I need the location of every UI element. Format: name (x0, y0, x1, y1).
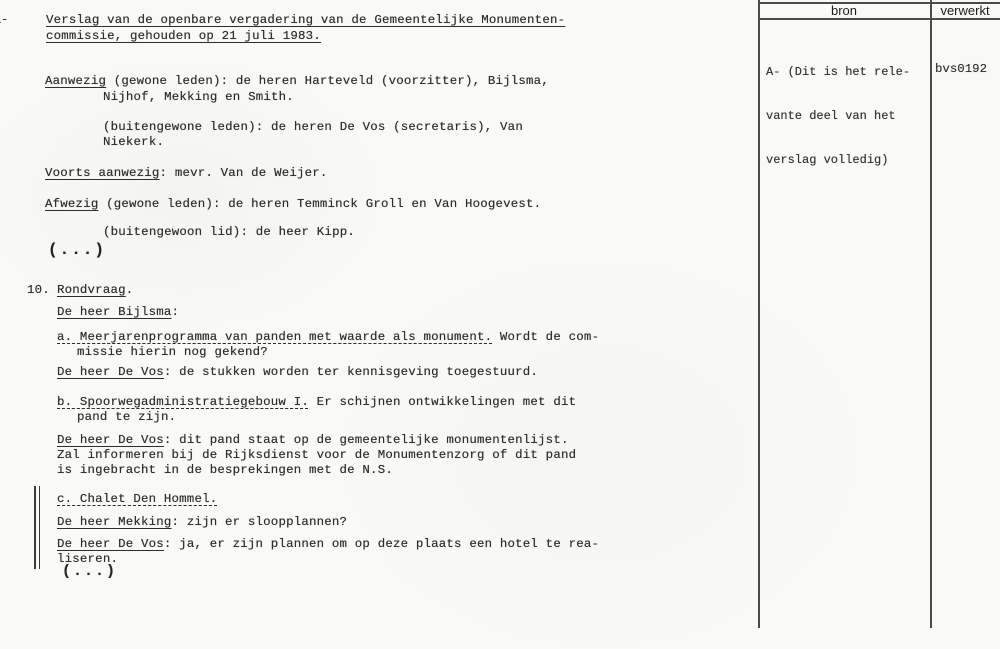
attendees-extraordinary-line-2: Niekerk. (103, 135, 164, 150)
subitem-a-line-2: missie hierin nog gekend? (77, 345, 268, 360)
attendees-regular-line-1: Aanwezig (gewone leden): de heren Hartev… (45, 74, 549, 89)
speaker-devos-reply-b-line-3: is ingebracht in de besprekingen met de … (57, 463, 393, 478)
speaker-bijlsma-line: De heer Bijlsma: (57, 305, 179, 320)
margin-annotation-a: A- (0, 12, 9, 27)
subitem-b-line-2: pand te zijn. (77, 410, 176, 425)
scanned-document-page: A- Verslag van de openbare vergadering v… (0, 0, 1000, 649)
source-note-line-1: A- (Dit is het rele- (766, 65, 910, 80)
speaker-devos-reply-c-line-1: De heer De Vos: ja, er zijn plannen om o… (57, 537, 599, 552)
subitem-a-line-1: a. Meerjarenprogramma van panden met waa… (57, 330, 599, 345)
ellipsis-mark-1: (...) (48, 243, 106, 258)
speaker-mekking-line: De heer Mekking: zijn er sloopplannen? (57, 515, 347, 530)
table-divider-right (930, 0, 932, 628)
attendees-regular-line-2: Nijhof, Mekking en Smith. (103, 90, 294, 105)
speaker-devos-reply-b-line-1: De heer De Vos: dit pand staat op de gem… (57, 433, 569, 448)
table-divider-left (758, 0, 760, 628)
processed-code: bvs0192 (935, 62, 987, 76)
attendees-extraordinary-line-1: (buitengewone leden): de heren De Vos (s… (103, 120, 523, 135)
source-note-line-3: verslag volledig) (766, 153, 910, 168)
subitem-b-line-1: b. Spoorwegadministratiegebouw I. Er sch… (57, 395, 576, 410)
also-present-line: Voorts aanwezig: mevr. Van de Weijer. (45, 166, 328, 181)
source-note-line-2: vante deel van het (766, 109, 910, 124)
subitem-c-line: c. Chalet Den Hommel. (57, 492, 217, 507)
speaker-devos-reply-a: De heer De Vos: de stukken worden ter ke… (57, 365, 538, 380)
agenda-item-rondvraag: Rondvraag. (57, 283, 133, 298)
margin-emphasis-bar-1 (34, 486, 36, 569)
ellipsis-mark-2: (...) (62, 564, 117, 579)
table-header-rule (758, 18, 1000, 20)
doc-title-line-1: Verslag van de openbare vergadering van … (46, 13, 565, 28)
agenda-item-number: 10. (27, 283, 50, 298)
source-note: A- (Dit is het rele- vante deel van het … (766, 36, 910, 197)
doc-title-line-2: commissie, gehouden op 21 juli 1983. (46, 29, 321, 44)
table-column-verwerkt-header: verwerkt (930, 3, 1000, 18)
margin-emphasis-bar-2 (39, 486, 41, 569)
table-column-bron-header: bron (758, 3, 930, 18)
speaker-devos-reply-b-line-2: Zal informeren bij de Rijksdienst voor d… (57, 448, 576, 463)
absent-extraordinary-line: (buitengewoon lid): de heer Kipp. (103, 225, 355, 240)
absent-line: Afwezig (gewone leden): de heren Temminc… (45, 197, 541, 212)
